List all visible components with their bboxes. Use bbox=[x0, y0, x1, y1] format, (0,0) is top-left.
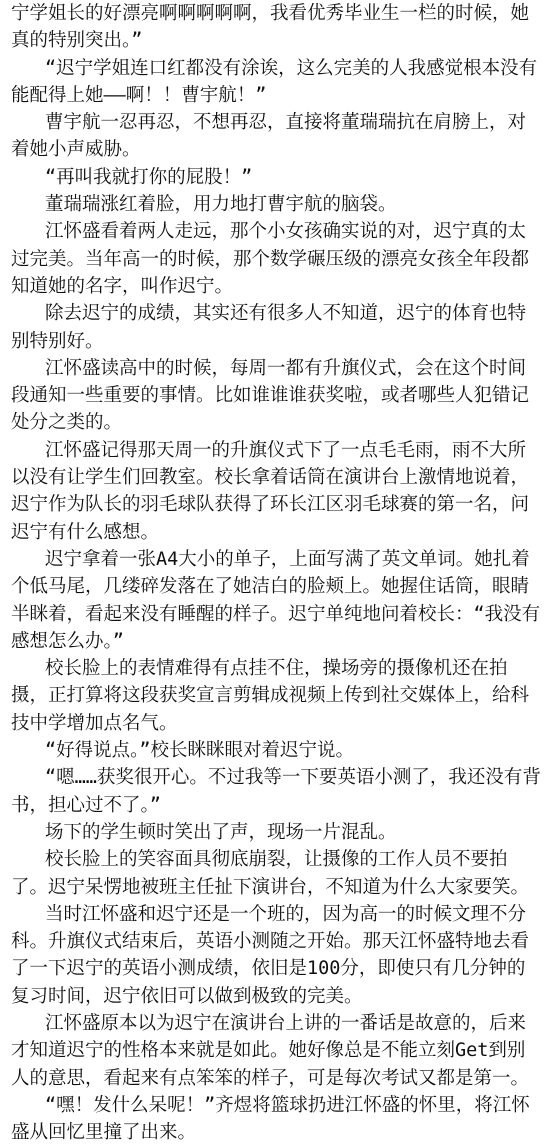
text-line: 江怀盛读高中的时候，每周一都有升旗仪式，会在这个时间 bbox=[11, 355, 560, 382]
text-line: “再叫我就打你的屁股！” bbox=[11, 164, 560, 191]
text-line: 才知道迟宁的性格本来就是如此。她好像总是不能立刻Get到别 bbox=[11, 1037, 560, 1064]
paragraph: “迟宁学姐连口红都没有涂诶，这么完美的人我感觉根本没有 能配得上她——啊！！曹宇… bbox=[11, 55, 560, 110]
paragraph: “嗯……获奖很开心。不过我等一下要英语小测了，我还没有背 书，担心过不了。” bbox=[11, 764, 560, 819]
text-line: 当时江怀盛和迟宁还是一个班的，因为高一的时候文理不分 bbox=[11, 901, 560, 928]
text-line: 迟宁拿着一张A4大小的单子，上面写满了英文单词。她扎着 bbox=[11, 546, 560, 573]
text-line: 个低马尾，几缕碎发落在了她洁白的脸颊上。她握住话筒，眼睛 bbox=[11, 573, 560, 600]
text-line: 摄，正打算将这段获奖宣言剪辑成视频上传到社交媒体上，给科 bbox=[11, 682, 560, 709]
text-line: 着她小声威胁。 bbox=[11, 136, 560, 163]
text-line: 了一下迟宁的英语小测成绩，依旧是100分，即使只有几分钟的 bbox=[11, 955, 560, 982]
text-line: 真的特别突出。” bbox=[11, 27, 560, 54]
text-line: 技中学增加点名气。 bbox=[11, 710, 560, 737]
text-line: 盛从回忆里撞了出来。 bbox=[11, 1119, 560, 1146]
text-line: 迟宁有什么感想。 bbox=[11, 519, 560, 546]
text-line: 江怀盛记得那天周一的升旗仪式下了一点毛毛雨，雨不大所 bbox=[11, 437, 560, 464]
text-line: 了。迟宁呆愣地被班主任扯下演讲台，不知道为什么大家要笑。 bbox=[11, 874, 560, 901]
paragraph: 校长脸上的表情难得有点挂不住，操场旁的摄像机还在拍 摄，正打算将这段获奖宣言剪辑… bbox=[11, 655, 560, 737]
paragraph: “好得说点。”校长眯眯眼对着迟宁说。 bbox=[11, 737, 560, 764]
text-line: “嘿！发什么呆呢！”齐煜将篮球扔进江怀盛的怀里，将江怀 bbox=[11, 1092, 560, 1119]
text-line: 人的意思，看起来有点笨笨的样子，可是每次考试又都是第一。 bbox=[11, 1065, 560, 1092]
text-line: 别特别好。 bbox=[11, 328, 560, 355]
text-line: 书，担心过不了。” bbox=[11, 792, 560, 819]
paragraph: 江怀盛看着两人走远，那个小女孩确实说的对，迟宁真的太 过完美。当年高一的时候，那… bbox=[11, 218, 560, 300]
paragraph: 江怀盛读高中的时候，每周一都有升旗仪式，会在这个时间 段通知一些重要的事情。比如… bbox=[11, 355, 560, 437]
text-line: 迟宁作为队长的羽毛球队获得了环长江区羽毛球赛的第一名，问 bbox=[11, 491, 560, 518]
text-line: 处分之类的。 bbox=[11, 409, 560, 436]
text-line: “好得说点。”校长眯眯眼对着迟宁说。 bbox=[11, 737, 560, 764]
paragraph: 当时江怀盛和迟宁还是一个班的，因为高一的时候文理不分 科。升旗仪式结束后，英语小… bbox=[11, 901, 560, 1010]
text-line: 以没有让学生们回教室。校长拿着话筒在演讲台上激情地说着， bbox=[11, 464, 560, 491]
text-line: 江怀盛原本以为迟宁在演讲台上讲的一番话是故意的，后来 bbox=[11, 1010, 560, 1037]
text-line: 科。升旗仪式结束后，英语小测随之开始。那天江怀盛特地去看 bbox=[11, 928, 560, 955]
paragraph: 江怀盛记得那天周一的升旗仪式下了一点毛毛雨，雨不大所 以没有让学生们回教室。校长… bbox=[11, 437, 560, 546]
text-line: 董瑞瑞涨红着脸，用力地打曹宇航的脑袋。 bbox=[11, 191, 560, 218]
text-line: 过完美。当年高一的时候，那个数学碾压级的漂亮女孩全年段都 bbox=[11, 246, 560, 273]
text-line: 校长脸上的笑容面具彻底崩裂，让摄像的工作人员不要拍 bbox=[11, 846, 560, 873]
text-line: 宁学姐长的好漂亮啊啊啊啊啊，我看优秀毕业生一栏的时候，她 bbox=[11, 0, 560, 27]
text-line: 半眯着，看起来没有睡醒的样子。迟宁单纯地问着校长：“我没有 bbox=[11, 601, 560, 628]
text-line: 场下的学生顿时笑出了声，现场一片混乱。 bbox=[11, 819, 560, 846]
paragraph: “嘿！发什么呆呢！”齐煜将篮球扔进江怀盛的怀里，将江怀 盛从回忆里撞了出来。 bbox=[11, 1092, 560, 1147]
paragraph-continued: 宁学姐长的好漂亮啊啊啊啊啊，我看优秀毕业生一栏的时候，她 真的特别突出。” bbox=[11, 0, 560, 55]
text-line: “迟宁学姐连口红都没有涂诶，这么完美的人我感觉根本没有 bbox=[11, 55, 560, 82]
paragraph: 曹宇航一忍再忍，不想再忍，直接将董瑞瑞抗在肩膀上，对 着她小声威胁。 bbox=[11, 109, 560, 164]
paragraph: 江怀盛原本以为迟宁在演讲台上讲的一番话是故意的，后来 才知道迟宁的性格本来就是如… bbox=[11, 1010, 560, 1092]
text-line: 校长脸上的表情难得有点挂不住，操场旁的摄像机还在拍 bbox=[11, 655, 560, 682]
paragraph: 董瑞瑞涨红着脸，用力地打曹宇航的脑袋。 bbox=[11, 191, 560, 218]
text-line: 段通知一些重要的事情。比如谁谁谁获奖啦，或者哪些人犯错记 bbox=[11, 382, 560, 409]
text-line: 除去迟宁的成绩，其实还有很多人不知道，迟宁的体育也特 bbox=[11, 300, 560, 327]
paragraph: 除去迟宁的成绩，其实还有很多人不知道，迟宁的体育也特 别特别好。 bbox=[11, 300, 560, 355]
text-line: 知道她的名字，叫作迟宁。 bbox=[11, 273, 560, 300]
reader-page: 宁学姐长的好漂亮啊啊啊啊啊，我看优秀毕业生一栏的时候，她 真的特别突出。” “迟… bbox=[0, 0, 560, 1147]
paragraph: “再叫我就打你的屁股！” bbox=[11, 164, 560, 191]
text-line: 复习时间，迟宁依旧可以做到极致的完美。 bbox=[11, 983, 560, 1010]
text-line: 江怀盛看着两人走远，那个小女孩确实说的对，迟宁真的太 bbox=[11, 218, 560, 245]
paragraph: 校长脸上的笑容面具彻底崩裂，让摄像的工作人员不要拍 了。迟宁呆愣地被班主任扯下演… bbox=[11, 846, 560, 901]
paragraph: 迟宁拿着一张A4大小的单子，上面写满了英文单词。她扎着 个低马尾，几缕碎发落在了… bbox=[11, 546, 560, 655]
text-line: “嗯……获奖很开心。不过我等一下要英语小测了，我还没有背 bbox=[11, 764, 560, 791]
text-line: 能配得上她——啊！！曹宇航！” bbox=[11, 82, 560, 109]
text-line: 感想怎么办。” bbox=[11, 628, 560, 655]
paragraph: 场下的学生顿时笑出了声，现场一片混乱。 bbox=[11, 819, 560, 846]
text-line: 曹宇航一忍再忍，不想再忍，直接将董瑞瑞抗在肩膀上，对 bbox=[11, 109, 560, 136]
